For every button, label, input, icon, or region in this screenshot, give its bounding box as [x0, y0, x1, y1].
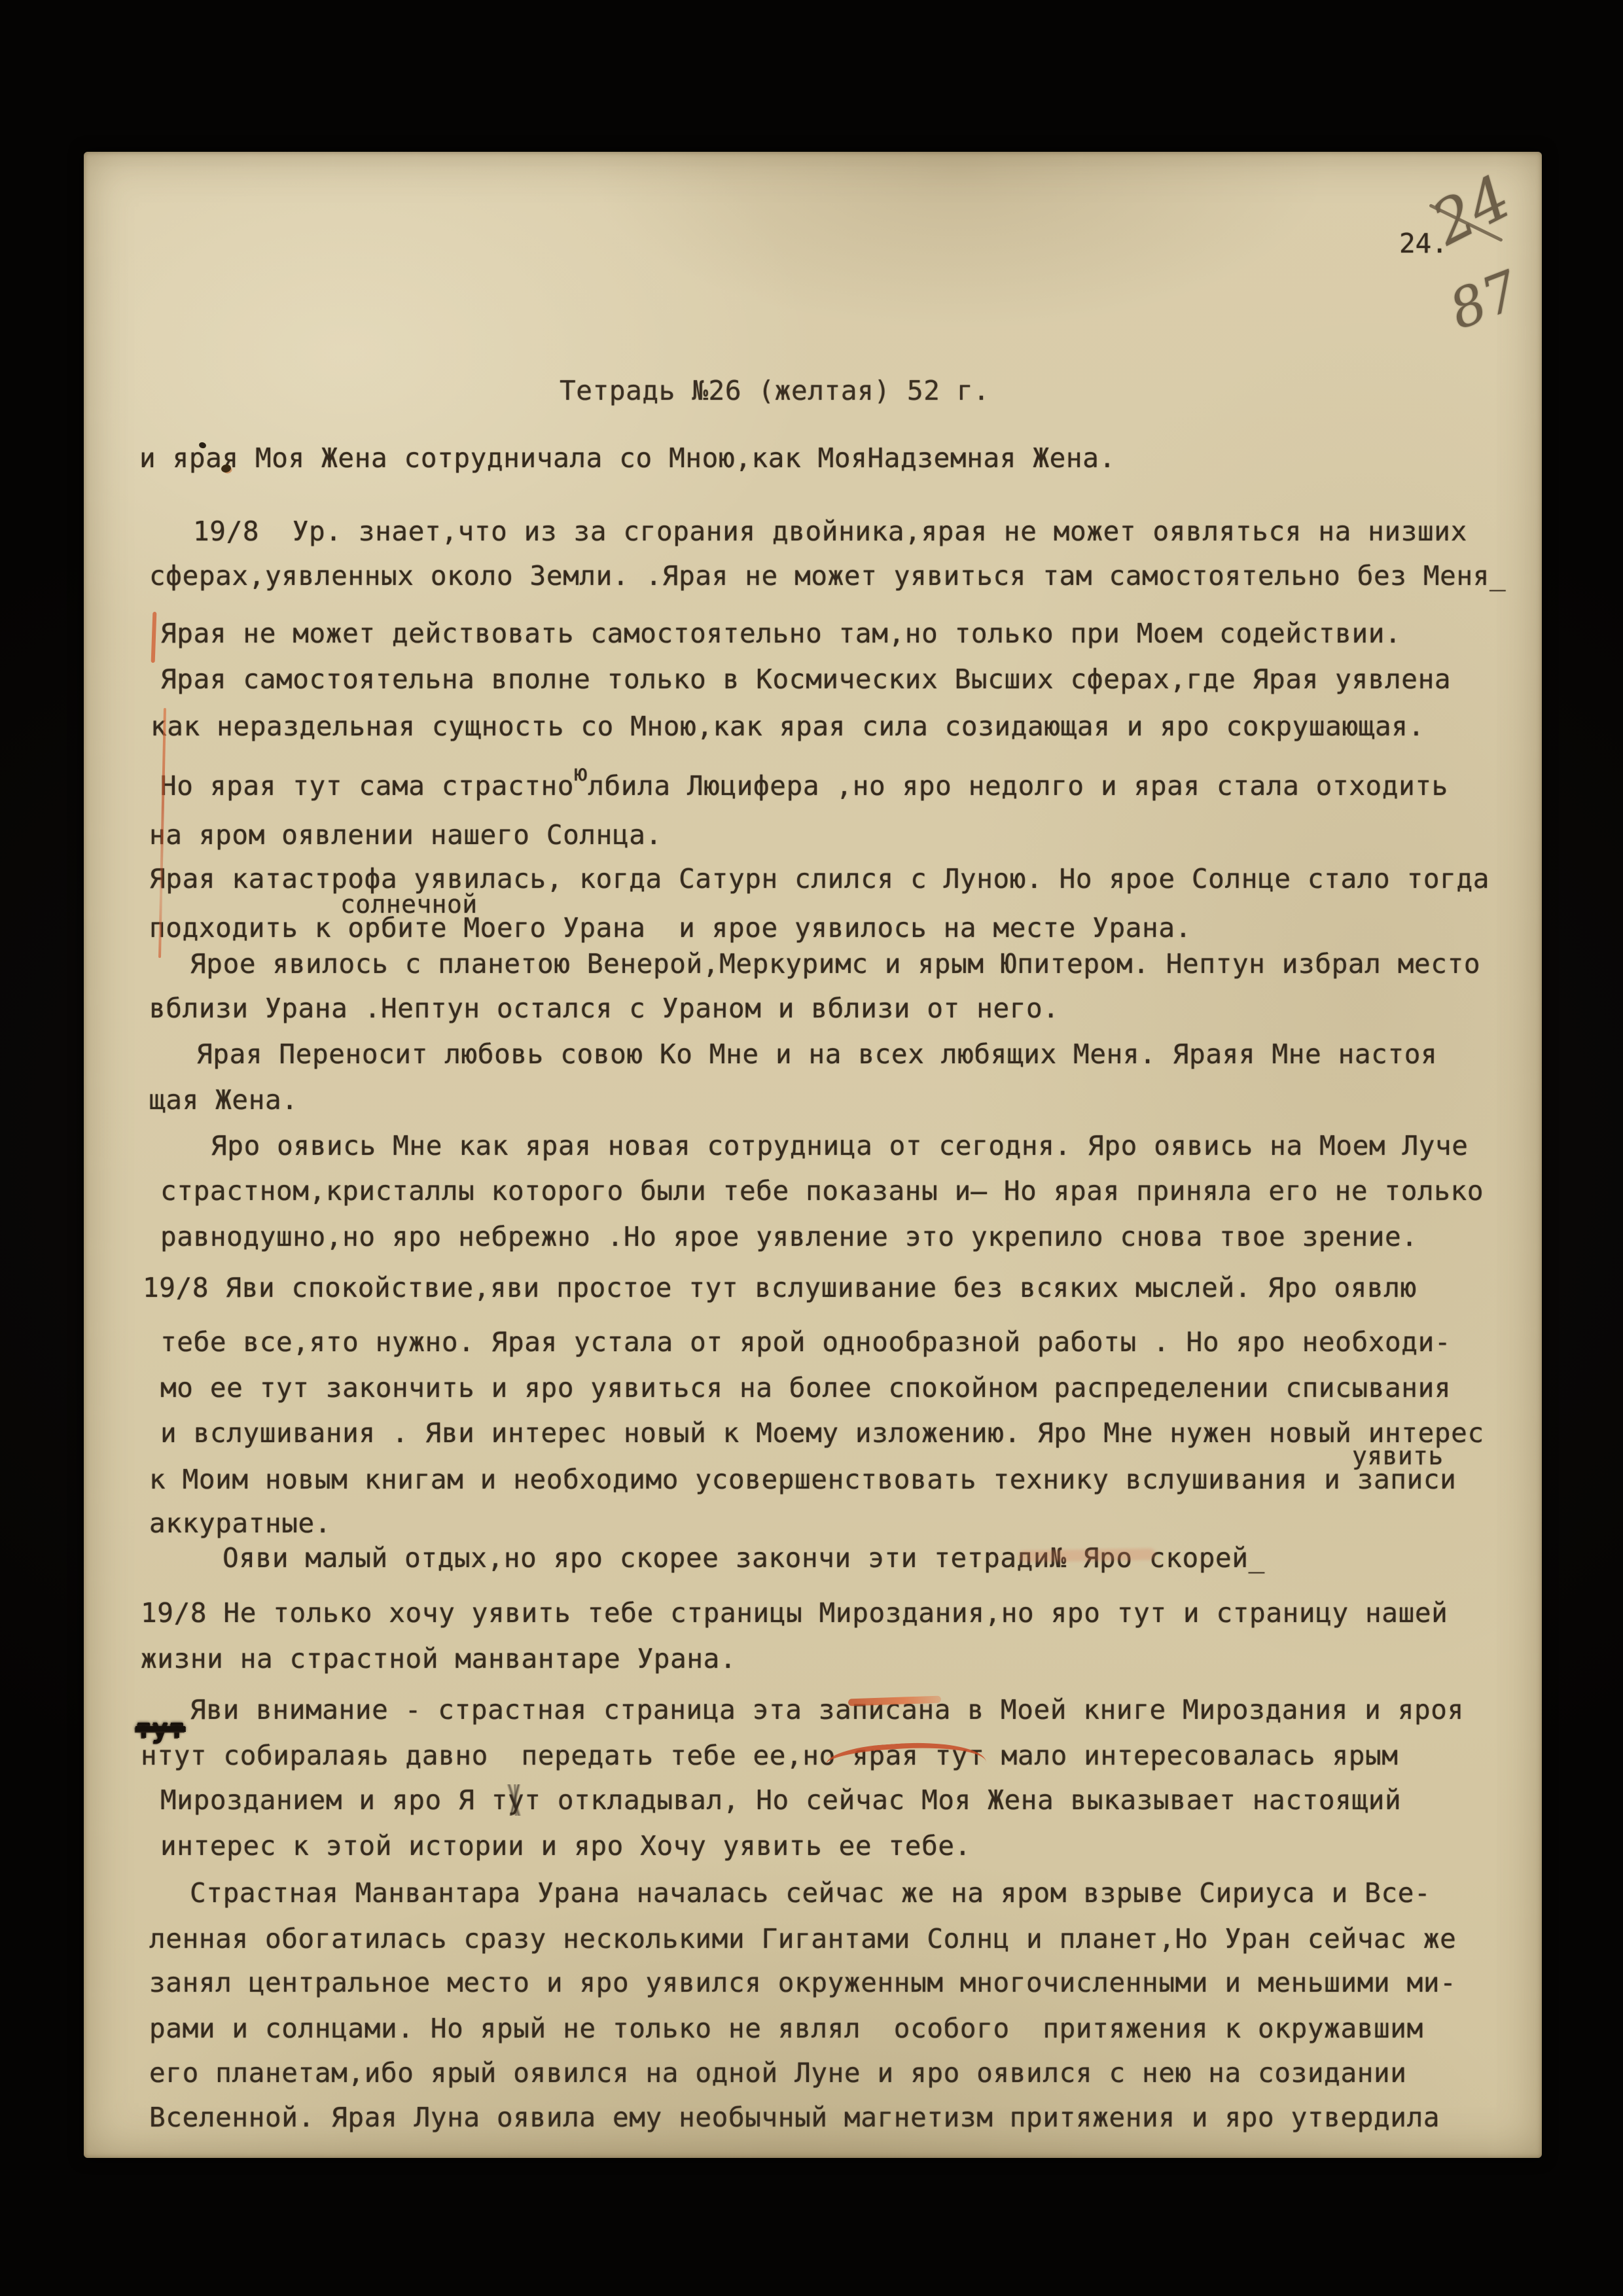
line-text: рами и солнцами. Но ярый не только не яв… [149, 2013, 1423, 2044]
line-text: вблизи Урана .Нептун остался с Ураном и … [149, 993, 1060, 1024]
document-page: Тетрадь №26 (желтая) 52 г. и ярая Моя Же… [84, 152, 1542, 2158]
inserted-word: уявить [1352, 1443, 1444, 1468]
line-text: интерес к этой истории и яро Хочу уявить… [160, 1830, 971, 1862]
line-text: занял центральное место и яро уявился ок… [149, 1967, 1456, 1998]
typed-line: и ярая Моя Жена сотрудничала со Мною,как… [139, 445, 1116, 472]
line-text: как нераздельная сущность со Мною,как яр… [151, 711, 1425, 742]
line-text: и ярая Моя Жена сотрудничала со Мною,как… [139, 442, 1116, 474]
typed-line: 19/8 Ур. знает,что из за сгорания двойни… [193, 518, 1467, 545]
typed-line: Вселенной. Ярая Луна оявила ему необычны… [149, 2104, 1440, 2131]
line-text: Ярое явилось с планетою Венерой,Меркурим… [190, 948, 1480, 980]
typed-line: тебе все,ято нужно. Ярая устала от ярой … [160, 1329, 1451, 1356]
typed-line: ленная обогатилась сразу несколькими Гиг… [149, 1926, 1456, 1952]
typed-line-with-insertion: Но ярая тут сама страстноюлбила Люцифера… [160, 773, 1448, 800]
typed-line: на яром оявлении нашего Солнца. [149, 822, 662, 849]
line-text: мо ее тут закончить и яро уявиться на бо… [160, 1372, 1451, 1404]
typed-line-with-insertion: уявитьк Моим новым книгам и необходимо у… [149, 1466, 1456, 1493]
line-text: Мирозданием и яро Я [160, 1784, 491, 1816]
notebook-title: Тетрадь №26 (желтая) 52 г. [560, 378, 990, 404]
inserted-word: солнечной [340, 892, 478, 917]
line-text: Яви внимание - страстная страница эта за… [190, 1694, 1464, 1725]
typed-line: вблизи Урана .Нептун остался с Ураном и … [149, 995, 1060, 1022]
typed-line: и вслушивания . Яви интерес новый к Моем… [160, 1420, 1484, 1447]
typed-line: сферах,уявленных около Земли. .Ярая не м… [149, 563, 1506, 590]
pencil-struck-word: тут [491, 1784, 541, 1816]
typed-line: аккуратные. [149, 1510, 331, 1537]
line-text: на яром оявлении нашего Солнца. [149, 819, 662, 851]
line-text: Страстная Манвантара Урана началась сейч… [190, 1877, 1431, 1909]
red-smudge-mark [1018, 1548, 1156, 1563]
typed-line: Ярое явилось с планетою Венерой,Меркурим… [190, 951, 1480, 978]
line-text: Ярая самостоятельна вполне только в Косм… [160, 663, 1451, 695]
line-text: жизни на страстной манвантаре Урана. [141, 1643, 736, 1674]
typed-line: щая Жена. [149, 1087, 298, 1114]
typed-line: интерес к этой истории и яро Хочу уявить… [160, 1833, 971, 1860]
line-text: его планетам,ибо ярый оявился на одной Л… [149, 2057, 1407, 2089]
typed-line: равнодушно,но яро небрежно .Но ярое уявл… [160, 1224, 1418, 1250]
line-text: Вселенной. Ярая Луна оявила ему необычны… [149, 2102, 1440, 2133]
line-text: подходить к орбите Моего Урана и ярое уя… [149, 912, 1192, 944]
line-text: лбила Люцифера ,но яро недолго и ярая ст… [588, 770, 1448, 802]
typed-line: 19/8 Яви спокойствие,яви простое тут всл… [143, 1275, 1417, 1301]
line-text: 19/8 Ур. знает,что из за сгорания двойни… [193, 516, 1467, 547]
line-text: 19/8 Яви спокойствие,яви простое тут всл… [143, 1272, 1417, 1303]
scan-background: Тетрадь №26 (желтая) 52 г. и ярая Моя Же… [0, 0, 1623, 2296]
line-text: откладывал, Но сейчас Моя Жена выказывае… [541, 1784, 1402, 1816]
typed-line: рами и солнцами. Но ярый не только не яв… [149, 2015, 1423, 2042]
typed-line: Ярая катастрофа уявилась, когда Сатурн с… [149, 866, 1489, 892]
blotted-out-word: тут [135, 1715, 185, 1742]
inserted-letter: ю [574, 760, 588, 786]
typed-line: Ярая Переносит любовь совою Ко Мне и на … [196, 1041, 1437, 1068]
line-text: страстном,кристаллы которого были тебе п… [160, 1175, 1484, 1207]
line-text: 19/8 Не только хочу уявить тебе страницы… [141, 1597, 1448, 1629]
typed-line-with-insertion: солнечнойподходить к орбите Моего Урана … [149, 915, 1192, 942]
line-text: Ярая Переносит любовь совою Ко Мне и на … [196, 1038, 1437, 1070]
line-text: щая Жена. [149, 1084, 298, 1116]
line-text: нтут собиралаяь давно передать тебе ее,н… [141, 1740, 1399, 1771]
line-text: аккуратные. [149, 1508, 331, 1539]
line-text: Яро оявись Мне как ярая новая сотрудница… [211, 1130, 1469, 1161]
typed-line: Ярая не может действовать самостоятельно… [160, 620, 1401, 647]
line-text: ленная обогатилась сразу несколькими Гиг… [149, 1923, 1456, 1954]
typed-line: страстном,кристаллы которого были тебе п… [160, 1178, 1484, 1205]
typed-line: как нераздельная сущность со Мною,как яр… [151, 713, 1425, 740]
typed-line-with-strikethrough: Мирозданием и яро Я тут откладывал, Но с… [160, 1787, 1401, 1814]
typed-line: 19/8 Не только хочу уявить тебе страницы… [141, 1600, 1448, 1627]
typed-line: занял центральное место и яро уявился ок… [149, 1969, 1456, 1996]
typed-line-with-blot: тутнтут собиралаяь давно передать тебе е… [141, 1742, 1399, 1769]
line-text: сферах,уявленных около Земли. .Ярая не м… [149, 560, 1506, 592]
typed-line: жизни на страстной манвантаре Урана. [141, 1646, 736, 1672]
line-text: и вслушивания . Яви интерес новый к Моем… [160, 1417, 1484, 1449]
typed-line: Ярая самостоятельна вполне только в Косм… [160, 666, 1451, 693]
typed-line: Яро оявись Мне как ярая новая сотрудница… [211, 1133, 1469, 1159]
typed-line: Страстная Манвантара Урана началась сейч… [190, 1880, 1431, 1907]
typed-line: мо ее тут закончить и яро уявиться на бо… [160, 1375, 1451, 1402]
line-text: к Моим новым книгам и необходимо усоверш… [149, 1464, 1456, 1495]
notebook-title-text: Тетрадь №26 (желтая) 52 г. [560, 375, 990, 406]
line-text: Ярая не может действовать самостоятельно… [160, 618, 1401, 649]
line-text: Но ярая тут сама страстно [160, 770, 574, 802]
typed-line: Яви внимание - страстная страница эта за… [190, 1697, 1464, 1723]
line-text: равнодушно,но яро небрежно .Но ярое уявл… [160, 1221, 1418, 1252]
typed-line: его планетам,ибо ярый оявился на одной Л… [149, 2060, 1407, 2087]
line-text: тебе все,ято нужно. Ярая устала от ярой … [160, 1326, 1451, 1358]
